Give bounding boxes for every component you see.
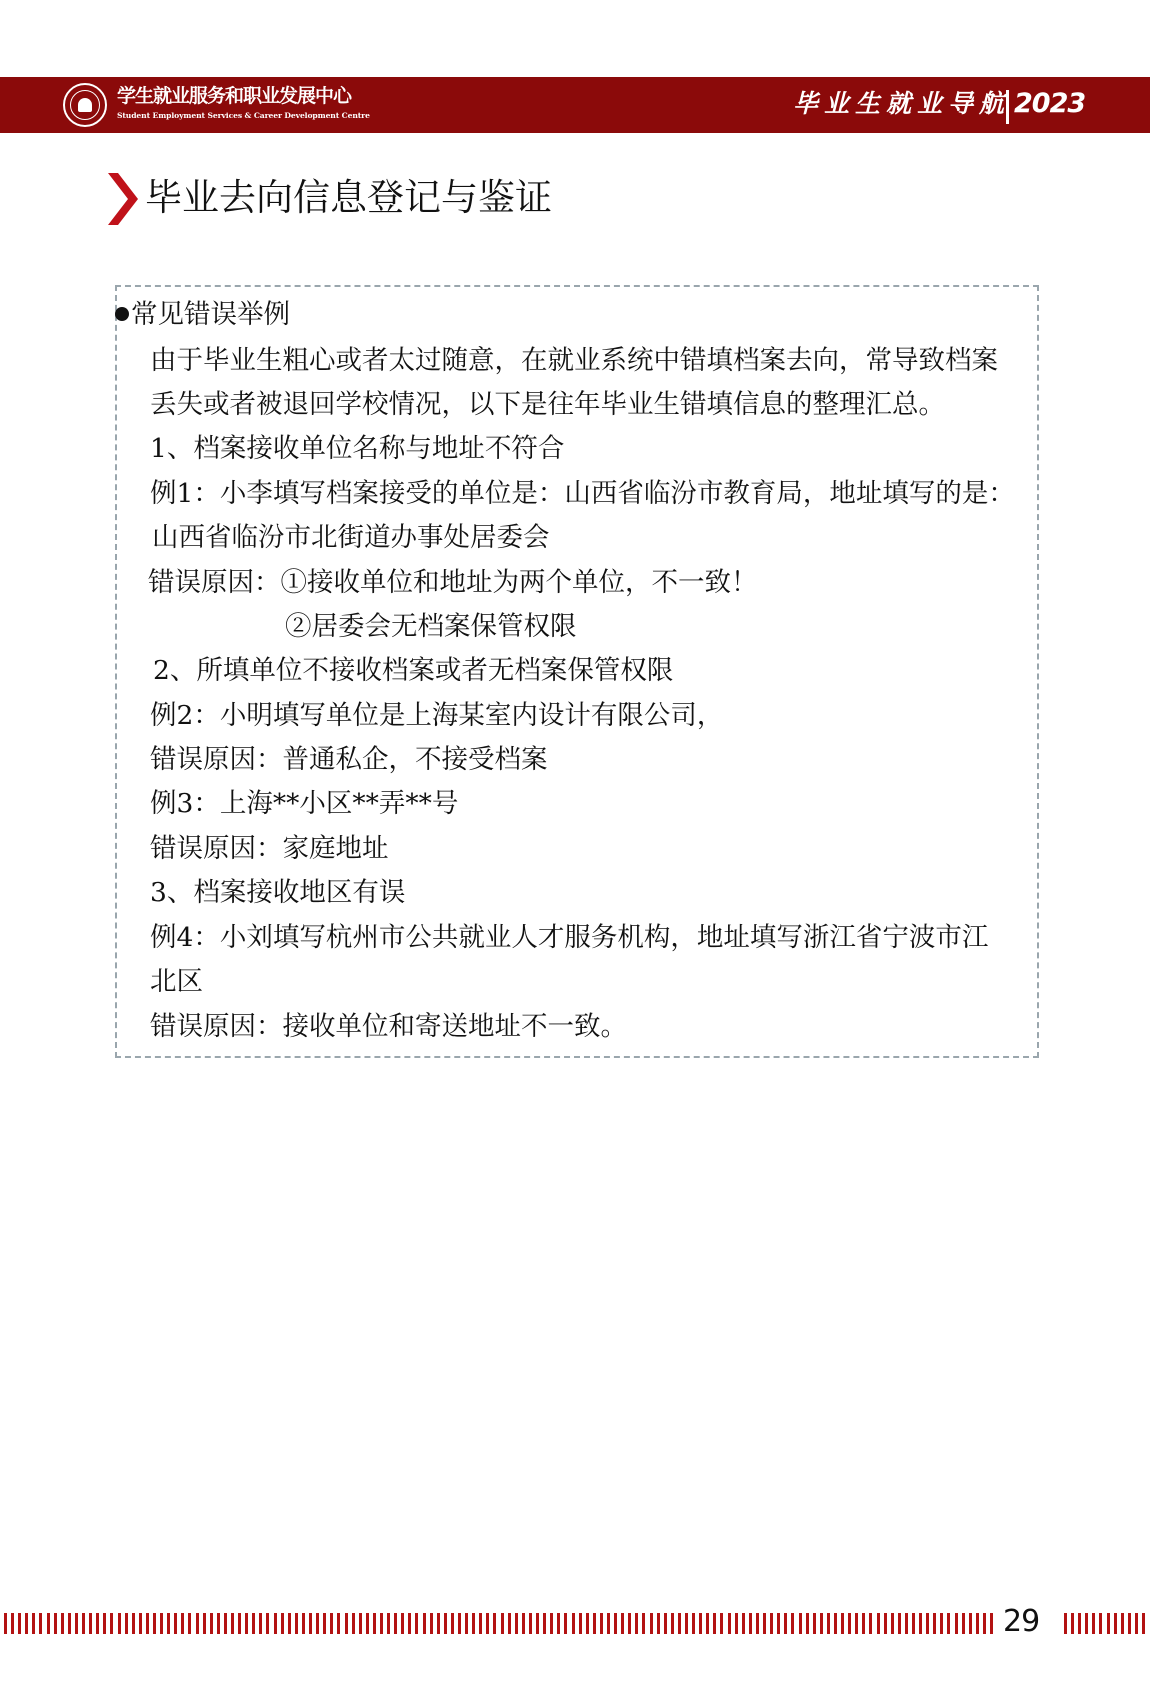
footer-bar bbox=[600, 1613, 603, 1634]
footer-bar bbox=[557, 1613, 560, 1634]
footer-bar bbox=[572, 1613, 575, 1634]
footer-bar bbox=[359, 1613, 362, 1634]
footer-bar bbox=[39, 1613, 42, 1634]
footer-bar bbox=[47, 1613, 50, 1634]
section-heading-text: 常见错误举例 bbox=[131, 299, 290, 330]
footer-bar bbox=[132, 1613, 135, 1634]
footer-bar bbox=[834, 1613, 837, 1634]
footer-bar bbox=[933, 1613, 936, 1634]
footer-bar bbox=[650, 1613, 653, 1634]
footer-bar bbox=[316, 1613, 319, 1634]
footer-bar bbox=[501, 1613, 504, 1634]
guide-year: 2023 bbox=[1014, 88, 1085, 120]
footer-bar bbox=[217, 1613, 220, 1634]
footer-bar bbox=[642, 1613, 645, 1634]
footer-bar bbox=[330, 1613, 333, 1634]
footer-bar bbox=[621, 1613, 624, 1634]
footer-bar bbox=[564, 1613, 567, 1634]
footer-bar bbox=[54, 1613, 57, 1634]
footer-bar bbox=[231, 1613, 234, 1634]
numbered-item: 1、档案接收单位名称与地址不符合 bbox=[150, 431, 564, 467]
footer-bar bbox=[820, 1613, 823, 1634]
footer-bar bbox=[153, 1613, 156, 1634]
footer-bar bbox=[841, 1613, 844, 1634]
footer-bar bbox=[628, 1613, 631, 1634]
footer-bar bbox=[692, 1613, 695, 1634]
footer-bar bbox=[940, 1613, 943, 1634]
footer-bar bbox=[784, 1613, 787, 1634]
page-title: 毕业去向信息登记与鉴证 bbox=[145, 173, 552, 223]
footer-bar bbox=[550, 1613, 553, 1634]
footer-bar bbox=[1085, 1613, 1088, 1634]
seal-bell-glyph bbox=[78, 98, 92, 112]
footer-bar bbox=[508, 1613, 511, 1634]
footer-bar bbox=[295, 1613, 298, 1634]
footer-bar bbox=[806, 1613, 809, 1634]
footer-bar bbox=[245, 1613, 248, 1634]
footer-bar bbox=[345, 1613, 348, 1634]
footer-bar bbox=[884, 1613, 887, 1634]
footer-bar bbox=[373, 1613, 376, 1634]
reason-line: 错误原因：①接收单位和地址为两个单位，不一致！ bbox=[148, 565, 758, 601]
footer-bar bbox=[579, 1613, 582, 1634]
footer-bar bbox=[68, 1613, 71, 1634]
footer-bar bbox=[181, 1613, 184, 1634]
footer-bar bbox=[210, 1613, 213, 1634]
footer-bar bbox=[1114, 1613, 1117, 1634]
footer-bar bbox=[1107, 1613, 1110, 1634]
footer-bar bbox=[735, 1613, 738, 1634]
footer-bar bbox=[103, 1613, 106, 1634]
footer-bar bbox=[423, 1613, 426, 1634]
footer-bar bbox=[82, 1613, 85, 1634]
example-line: 例2：小明填写单位是上海某室内设计有限公司， bbox=[150, 698, 723, 734]
footer-bar bbox=[75, 1613, 78, 1634]
footer-bar bbox=[862, 1613, 865, 1634]
footer-bar bbox=[799, 1613, 802, 1634]
footer-bar bbox=[1064, 1613, 1067, 1634]
footer-bar bbox=[855, 1613, 858, 1634]
university-seal-icon bbox=[63, 83, 107, 127]
footer-bar bbox=[252, 1613, 255, 1634]
footer-bar bbox=[607, 1613, 610, 1634]
footer-bars-right bbox=[1064, 1613, 1149, 1634]
footer-bar bbox=[203, 1613, 206, 1634]
footer-bar bbox=[770, 1613, 773, 1634]
footer-bar bbox=[4, 1613, 7, 1634]
footer-bar bbox=[905, 1613, 908, 1634]
footer-bars-left bbox=[4, 1613, 997, 1634]
footer-bar bbox=[274, 1613, 277, 1634]
footer-bar bbox=[224, 1613, 227, 1634]
footer-bar bbox=[536, 1613, 539, 1634]
reason-line: 错误原因：家庭地址 bbox=[150, 831, 389, 867]
footer-bar bbox=[699, 1613, 702, 1634]
footer-bar bbox=[25, 1613, 28, 1634]
chevron-right-icon bbox=[106, 171, 140, 227]
footer-bar bbox=[1128, 1613, 1131, 1634]
footer-bar bbox=[32, 1613, 35, 1634]
footer-bar bbox=[174, 1613, 177, 1634]
guide-title: 毕业生就业导航 bbox=[793, 88, 1010, 120]
footer-bar bbox=[160, 1613, 163, 1634]
footer-bar bbox=[1121, 1613, 1124, 1634]
header-divider bbox=[1006, 90, 1009, 124]
footer-bar bbox=[593, 1613, 596, 1634]
footer-bar bbox=[777, 1613, 780, 1634]
footer-bar bbox=[990, 1613, 993, 1634]
footer-bar bbox=[1092, 1613, 1095, 1634]
footer-bar bbox=[18, 1613, 21, 1634]
footer-bar bbox=[912, 1613, 915, 1634]
footer-bar bbox=[969, 1613, 972, 1634]
footer-bar bbox=[96, 1613, 99, 1634]
footer-bar bbox=[763, 1613, 766, 1634]
footer-bar bbox=[493, 1613, 496, 1634]
example-line: 北区 bbox=[150, 964, 203, 1000]
numbered-item: 3、档案接收地区有误 bbox=[150, 875, 405, 911]
footer-bar bbox=[756, 1613, 759, 1634]
footer-bar bbox=[196, 1613, 199, 1634]
footer-bar bbox=[827, 1613, 830, 1634]
body-line: 由于毕业生粗心或者太过随意，在就业系统中错填档案去向，常导致档案 bbox=[150, 343, 998, 379]
footer-bar bbox=[89, 1613, 92, 1634]
footer-bar bbox=[352, 1613, 355, 1634]
body-line: 丢失或者被退回学校情况，以下是往年毕业生错填信息的整理汇总。 bbox=[150, 387, 945, 423]
footer-bar bbox=[281, 1613, 284, 1634]
footer-bar bbox=[408, 1613, 411, 1634]
footer-bar bbox=[671, 1613, 674, 1634]
footer-bar bbox=[848, 1613, 851, 1634]
footer-bar bbox=[813, 1613, 816, 1634]
footer-bar bbox=[1078, 1613, 1081, 1634]
footer-bar bbox=[515, 1613, 518, 1634]
footer-bar bbox=[664, 1613, 667, 1634]
footer-bar bbox=[337, 1613, 340, 1634]
footer-bar bbox=[465, 1613, 468, 1634]
footer-bar bbox=[266, 1613, 269, 1634]
footer-bar bbox=[110, 1613, 113, 1634]
footer-bar bbox=[749, 1613, 752, 1634]
example-line: 例4：小刘填写杭州市公共就业人才服务机构，地址填写浙江省宁波市江 bbox=[150, 920, 988, 956]
footer-bar bbox=[976, 1613, 979, 1634]
footer-bar bbox=[444, 1613, 447, 1634]
footer-bar bbox=[380, 1613, 383, 1634]
footer-bar bbox=[323, 1613, 326, 1634]
section-heading: 常见错误举例 bbox=[115, 297, 290, 333]
footer-bar bbox=[891, 1613, 894, 1634]
footer-bar bbox=[387, 1613, 390, 1634]
footer-bar bbox=[11, 1613, 14, 1634]
footer-bar bbox=[366, 1613, 369, 1634]
footer-bar bbox=[983, 1613, 986, 1634]
page-number: 29 bbox=[1003, 1604, 1039, 1640]
footer-bar bbox=[437, 1613, 440, 1634]
footer-bar bbox=[1142, 1613, 1145, 1634]
example-line: 例1：小李填写档案接受的单位是：山西省临汾市教育局，地址填写的是： bbox=[150, 476, 1015, 512]
footer-bar bbox=[791, 1613, 794, 1634]
footer-bar bbox=[415, 1613, 418, 1634]
footer-bar bbox=[146, 1613, 149, 1634]
footer-bar bbox=[706, 1613, 709, 1634]
footer-bar bbox=[1135, 1613, 1138, 1634]
footer-bar bbox=[586, 1613, 589, 1634]
footer-bar bbox=[657, 1613, 660, 1634]
reason-line: ②居委会无档案保管权限 bbox=[285, 609, 577, 645]
footer-bar bbox=[1071, 1613, 1074, 1634]
footer-bar bbox=[61, 1613, 64, 1634]
footer-bar bbox=[955, 1613, 958, 1634]
footer-bar bbox=[309, 1613, 312, 1634]
footer-bar bbox=[919, 1613, 922, 1634]
footer-bar bbox=[451, 1613, 454, 1634]
footer-bar bbox=[401, 1613, 404, 1634]
numbered-item: 2、所填单位不接收档案或者无档案保管权限 bbox=[153, 653, 673, 689]
footer-bar bbox=[962, 1613, 965, 1634]
seal-inner-ring bbox=[70, 90, 100, 120]
footer-bar bbox=[486, 1613, 489, 1634]
footer-bar bbox=[869, 1613, 872, 1634]
footer-bar bbox=[167, 1613, 170, 1634]
footer-bar bbox=[522, 1613, 525, 1634]
footer-bar bbox=[430, 1613, 433, 1634]
footer-bar bbox=[529, 1613, 532, 1634]
footer-bar bbox=[728, 1613, 731, 1634]
footer-bar bbox=[302, 1613, 305, 1634]
footer-bar bbox=[394, 1613, 397, 1634]
footer-bar bbox=[458, 1613, 461, 1634]
reason-line: 错误原因：接收单位和寄送地址不一致。 bbox=[150, 1009, 627, 1045]
footer-bar bbox=[898, 1613, 901, 1634]
footer-bar bbox=[259, 1613, 262, 1634]
reason-line: 错误原因：普通私企，不接受档案 bbox=[150, 742, 548, 778]
example-line: 例3：上海**小区**弄**号 bbox=[150, 786, 458, 822]
footer-bar bbox=[288, 1613, 291, 1634]
footer-bar bbox=[947, 1613, 950, 1634]
footer-bar bbox=[238, 1613, 241, 1634]
footer-bar bbox=[720, 1613, 723, 1634]
footer-bar bbox=[188, 1613, 191, 1634]
footer-bar bbox=[614, 1613, 617, 1634]
footer-bar bbox=[877, 1613, 880, 1634]
footer-bar bbox=[543, 1613, 546, 1634]
bullet-icon bbox=[115, 307, 129, 321]
footer-bar bbox=[713, 1613, 716, 1634]
org-name-cn: 学生就业服务和职业发展中心 bbox=[117, 84, 351, 108]
footer-bar bbox=[742, 1613, 745, 1634]
example-line: 山西省临汾市北街道办事处居委会 bbox=[152, 520, 550, 556]
footer-bar bbox=[139, 1613, 142, 1634]
footer-bar bbox=[125, 1613, 128, 1634]
footer-bar bbox=[118, 1613, 121, 1634]
org-name-en: Student Employment Services & Career Dev… bbox=[117, 111, 370, 121]
footer-bar bbox=[678, 1613, 681, 1634]
footer-bar bbox=[479, 1613, 482, 1634]
footer-bar bbox=[1099, 1613, 1102, 1634]
footer-bar bbox=[472, 1613, 475, 1634]
footer-bar bbox=[635, 1613, 638, 1634]
footer-bar bbox=[926, 1613, 929, 1634]
footer-bar bbox=[685, 1613, 688, 1634]
